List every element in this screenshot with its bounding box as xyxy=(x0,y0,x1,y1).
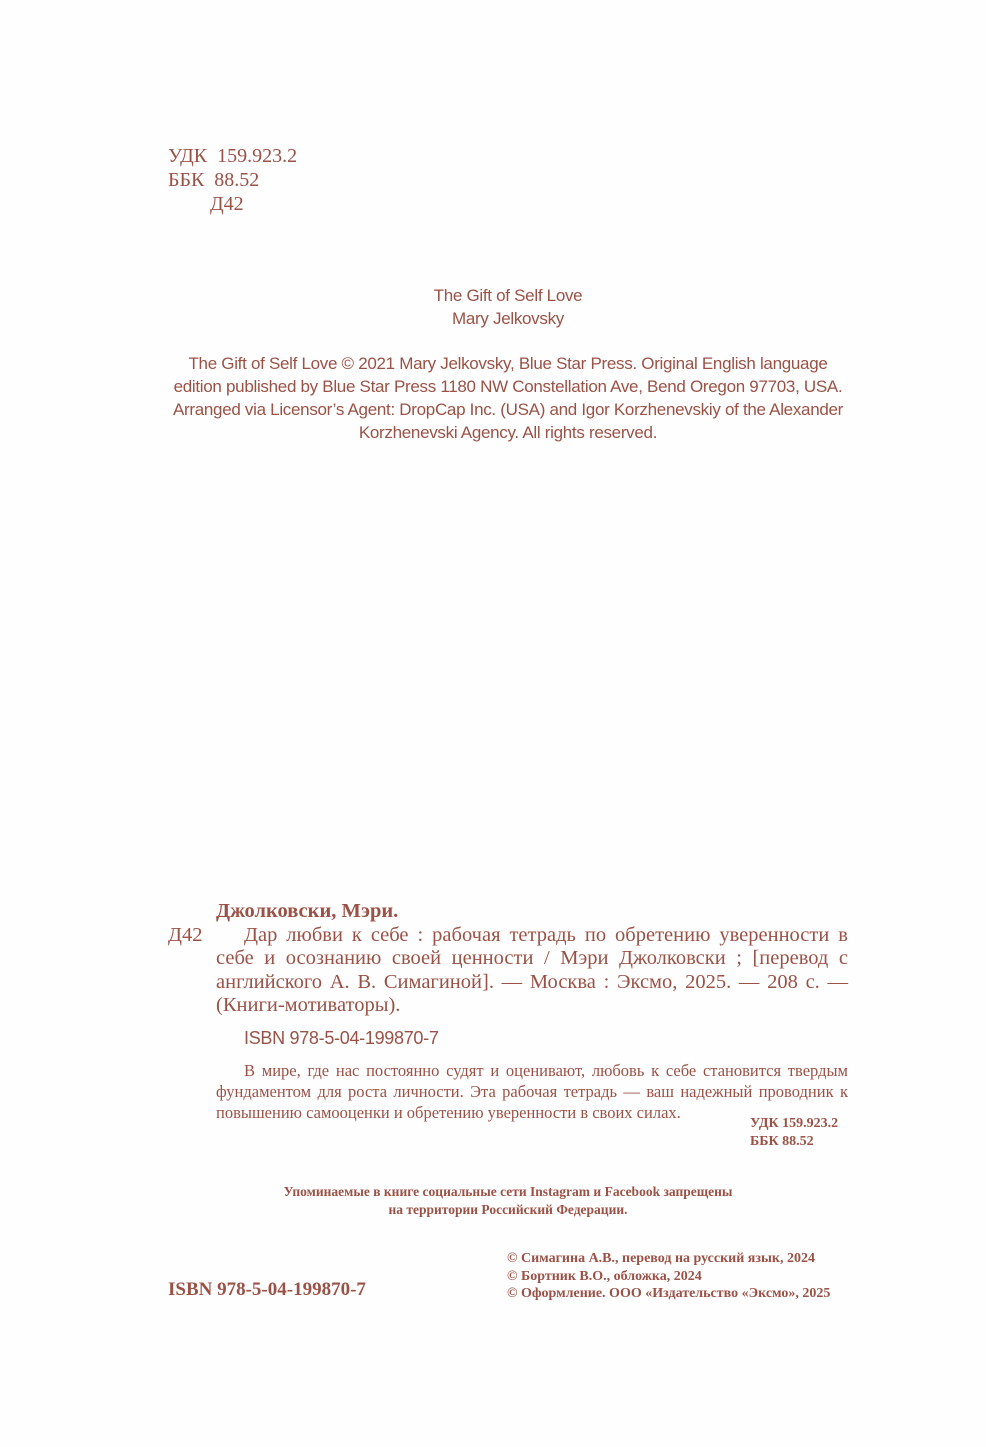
classification-block: УДК 159.923.2 ББК 88.52 Д42 xyxy=(168,144,297,216)
legal-notice-line-1: Упоминаемые в книге социальные сети Inst… xyxy=(168,1183,848,1201)
copyright-list: © Симагина А.В., перевод на русский язык… xyxy=(507,1250,830,1303)
catalog-bbk: ББК 88.52 xyxy=(700,1133,848,1151)
catalog-card: Джолковски, Мэри. Д42 Дар любви к себе :… xyxy=(168,900,848,1018)
annotation: В мире, где нас постоянно судят и оценив… xyxy=(216,1060,848,1123)
catalog-classification: УДК 159.923.2 ББК 88.52 xyxy=(700,1115,848,1151)
copyright-cover: © Бортник В.О., обложка, 2024 xyxy=(507,1268,830,1286)
copyright-design: © Оформление. ООО «Издательство «Эксмо»,… xyxy=(507,1285,830,1303)
bbk-code: ББК 88.52 xyxy=(168,168,297,192)
author-mark: Д42 xyxy=(168,192,297,216)
catalog-udk: УДК 159.923.2 xyxy=(700,1115,848,1133)
legal-notice-line-2: на территории Российский Федерации. xyxy=(168,1201,848,1219)
udk-code: УДК 159.923.2 xyxy=(168,144,297,168)
catalog-description: Дар любви к себе : рабочая тетрадь по об… xyxy=(216,924,848,1018)
copyright-translation: © Симагина А.В., перевод на русский язык… xyxy=(507,1250,830,1268)
footer-isbn: ISBN 978-5-04-199870-7 xyxy=(168,1279,366,1301)
catalog-mark: Д42 xyxy=(168,924,202,948)
original-title: The Gift of Self Love xyxy=(168,284,848,307)
catalog-isbn: ISBN 978-5-04-199870-7 xyxy=(244,1028,439,1049)
legal-notice: Упоминаемые в книге социальные сети Inst… xyxy=(168,1183,848,1219)
original-author: Mary Jelkovsky xyxy=(168,307,848,330)
original-copyright-notice: The Gift of Self Love © 2021 Mary Jelkov… xyxy=(168,352,848,444)
catalog-author-heading: Джолковски, Мэри. xyxy=(168,900,848,924)
original-edition-heading: The Gift of Self Love Mary Jelkovsky xyxy=(168,284,848,330)
